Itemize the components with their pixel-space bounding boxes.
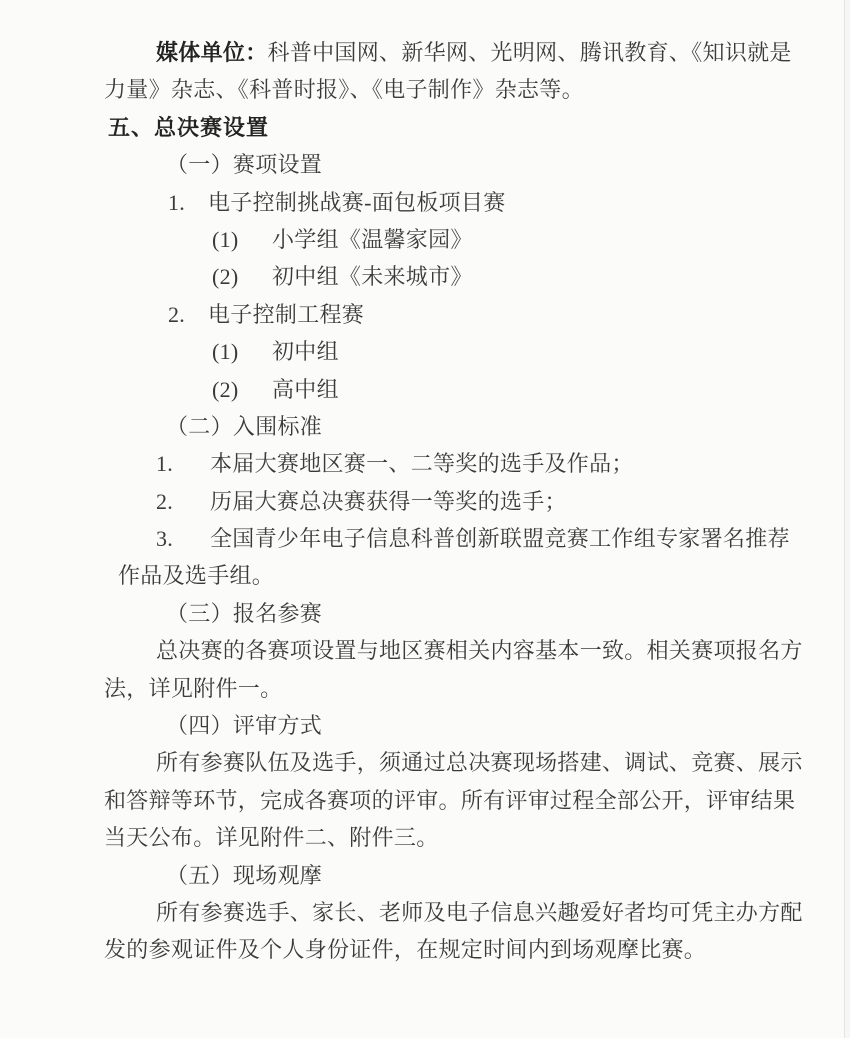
subsection-heading-5: （五）现场观摩 xyxy=(166,857,802,894)
subsection-heading-text: （三）报名参赛 xyxy=(166,601,322,626)
event-item-1: 1.电子控制挑战赛-面包板项目赛 xyxy=(168,184,802,221)
registration-line-1: 总决赛的各赛项设置与地区赛相关内容基本一致。相关赛项报名方 xyxy=(156,632,802,669)
event-item-2: 2.电子控制工程赛 xyxy=(168,296,802,333)
line-text: 力量》杂志、《科普时报》、《电子制作》杂志等。 xyxy=(104,77,584,102)
media-units-line-1: 媒体单位：科普中国网、新华网、光明网、腾讯教育、《知识就是 xyxy=(156,34,802,71)
criteria-item-3-line-1: 3.全国青少年电子信息科普创新联盟竞赛工作组专家署名推荐 xyxy=(156,520,802,557)
subsection-heading-text: （五）现场观摩 xyxy=(166,863,322,888)
line-text: 所有参赛队伍及选手，须通过总决赛现场搭建、调试、竞赛、展示 xyxy=(156,750,803,775)
line-text: 本届大赛地区赛一、二等奖的选手及作品； xyxy=(210,451,634,476)
list-number: (2) xyxy=(212,258,272,295)
review-line-3: 当天公布。详见附件二、附件三。 xyxy=(104,819,802,856)
scan-edge-line xyxy=(844,0,845,1038)
line-text: 和答辩等环节，完成各赛项的评审。所有评审过程全部公开，评审结果 xyxy=(104,788,795,813)
section-heading-5: 五、总决赛设置 xyxy=(108,109,802,146)
review-line-2: 和答辩等环节，完成各赛项的评审。所有评审过程全部公开，评审结果 xyxy=(104,782,802,819)
review-line-1: 所有参赛队伍及选手，须通过总决赛现场搭建、调试、竞赛、展示 xyxy=(156,744,802,781)
observation-line-2: 发的参观证件及个人身份证件，在规定时间内到场观摩比赛。 xyxy=(104,931,802,968)
media-units-line-2: 力量》杂志、《科普时报》、《电子制作》杂志等。 xyxy=(104,71,802,108)
line-text: 初中组 xyxy=(272,339,339,364)
subsection-heading-4: （四）评审方式 xyxy=(166,707,802,744)
criteria-item-1: 1.本届大赛地区赛一、二等奖的选手及作品； xyxy=(156,445,802,482)
list-number: (2) xyxy=(212,371,272,408)
line-text: 总决赛的各赛项设置与地区赛相关内容基本一致。相关赛项报名方 xyxy=(156,638,803,663)
event-subitem-1-1: (1)小学组《温馨家园》 xyxy=(212,221,802,258)
line-text: 电子控制挑战赛-面包板项目赛 xyxy=(208,190,506,215)
list-number: 1. xyxy=(168,184,208,221)
scan-edge-strip xyxy=(845,0,850,1038)
line-text: 作品及选手组。 xyxy=(118,563,274,588)
section-heading-text: 五、总决赛设置 xyxy=(108,115,269,140)
line-text: 当天公布。详见附件二、附件三。 xyxy=(104,825,439,850)
subsection-heading-text: （一）赛项设置 xyxy=(166,152,322,177)
list-number: (1) xyxy=(212,333,272,370)
line-text: 科普中国网、新华网、光明网、腾讯教育、《知识就是 xyxy=(268,40,792,65)
line-text: 全国青少年电子信息科普创新联盟竞赛工作组专家署名推荐 xyxy=(210,526,790,551)
registration-line-2: 法，详见附件一。 xyxy=(104,670,802,707)
criteria-item-2: 2.历届大赛总决赛获得一等奖的选手； xyxy=(156,483,802,520)
list-number: 2. xyxy=(168,296,208,333)
line-text: 发的参观证件及个人身份证件，在规定时间内到场观摩比赛。 xyxy=(104,937,706,962)
subsection-heading-2: （二）入围标准 xyxy=(166,408,802,445)
line-text: 所有参赛选手、家长、老师及电子信息兴趣爱好者均可凭主办方配 xyxy=(156,900,803,925)
document-content: 媒体单位：科普中国网、新华网、光明网、腾讯教育、《知识就是 力量》杂志、《科普时… xyxy=(0,0,850,969)
event-subitem-2-1: (1)初中组 xyxy=(212,333,802,370)
list-number: 2. xyxy=(156,483,210,520)
observation-line-1: 所有参赛选手、家长、老师及电子信息兴趣爱好者均可凭主办方配 xyxy=(156,894,802,931)
list-number: (1) xyxy=(212,221,272,258)
line-text: 历届大赛总决赛获得一等奖的选手； xyxy=(210,489,567,514)
list-number: 3. xyxy=(156,520,210,557)
document-page: 媒体单位：科普中国网、新华网、光明网、腾讯教育、《知识就是 力量》杂志、《科普时… xyxy=(0,0,850,1038)
event-subitem-1-2: (2)初中组《未来城市》 xyxy=(212,258,802,295)
subsection-heading-3: （三）报名参赛 xyxy=(166,595,802,632)
line-text: 电子控制工程赛 xyxy=(208,302,364,327)
subsection-heading-text: （二）入围标准 xyxy=(166,414,322,439)
line-text: 高中组 xyxy=(272,377,339,402)
line-text: 小学组《温馨家园》 xyxy=(272,227,473,252)
line-text: 法，详见附件一。 xyxy=(104,676,282,701)
subsection-heading-1: （一）赛项设置 xyxy=(166,146,802,183)
line-text: 初中组《未来城市》 xyxy=(272,264,473,289)
media-units-label: 媒体单位： xyxy=(156,40,268,65)
criteria-item-3-line-2: 作品及选手组。 xyxy=(118,557,802,594)
subsection-heading-text: （四）评审方式 xyxy=(166,713,322,738)
event-subitem-2-2: (2)高中组 xyxy=(212,371,802,408)
list-number: 1. xyxy=(156,445,210,482)
